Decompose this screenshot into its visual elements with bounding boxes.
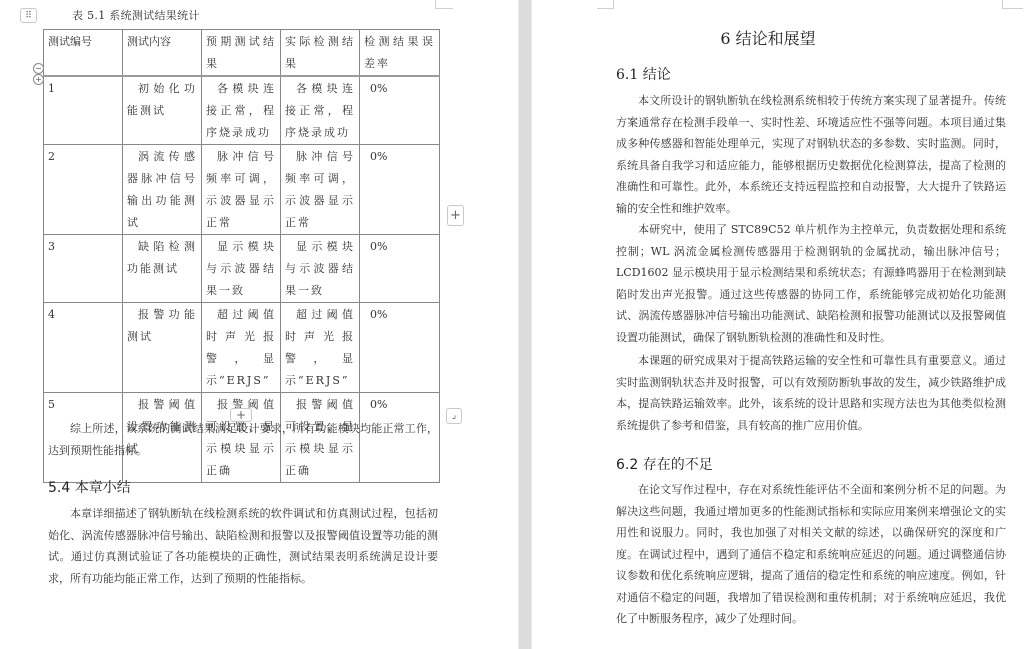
page-corner-mark	[1002, 0, 1023, 9]
header-cell[interactable]: 检测结果误差率	[360, 30, 440, 77]
section-heading-6-1: 6.1 结论	[616, 64, 671, 84]
shortcomings-paragraph: 在论文写作过程中，存在对系统性能评估不全面和案例分析不足的问题。为解决这些问题，…	[616, 479, 1006, 630]
table-cell[interactable]: 0%	[360, 235, 440, 303]
add-column-button[interactable]: +	[447, 205, 464, 226]
row-insert-button[interactable]: +	[33, 74, 44, 85]
table-cell[interactable]: 各模块连接正常，程序烧录成功	[281, 76, 360, 145]
chapter-title: 6 结论和展望	[532, 26, 1004, 49]
document-page-right: 6 结论和展望 6.1 结论 本文所设计的钢轨断轨在线检测系统相较于传统方案实现…	[532, 0, 1024, 649]
table-cell[interactable]: 4	[44, 303, 123, 393]
section-heading-6-2: 6.2 存在的不足	[616, 454, 713, 474]
section-heading-5-4: 5.4 本章小结	[48, 477, 131, 497]
row-collapse-button[interactable]: −	[33, 63, 44, 74]
header-cell[interactable]: 预期测试结果	[202, 30, 281, 77]
table-cell[interactable]: 脉冲信号频率可调，示波器显示正常	[202, 145, 281, 235]
table-cell[interactable]: 1	[44, 76, 123, 145]
table-cell[interactable]: 显示模块与示波器结果一致	[202, 235, 281, 303]
table-caption: 表 5.1 系统测试结果统计	[72, 7, 200, 23]
table-row: 3 缺陷检测功能测试 显示模块与示波器结果一致 显示模块与示波器结果一致 0%	[44, 235, 440, 303]
table-cell[interactable]: 显示模块与示波器结果一致	[281, 235, 360, 303]
table-cell[interactable]: 2	[44, 145, 123, 235]
table-cell[interactable]: 脉冲信号频率可调，示波器显示正常	[281, 145, 360, 235]
table-cell[interactable]: 0%	[360, 145, 440, 235]
header-cell[interactable]: 测试编号	[44, 30, 123, 77]
table-resize-handle[interactable]: ⌟	[446, 408, 462, 424]
table-cell[interactable]: 0%	[360, 303, 440, 393]
header-cell[interactable]: 实际检测结果	[281, 30, 360, 77]
table-cell[interactable]: 超过阈值时声光报警，显示“ERJS”	[281, 303, 360, 393]
table-cell[interactable]: 报警功能测试	[123, 303, 202, 393]
table-cell[interactable]: 3	[44, 235, 123, 303]
table-row: 2 涡流传感器脉冲信号输出功能测试 脉冲信号频率可调，示波器显示正常 脉冲信号频…	[44, 145, 440, 235]
table-row: 1 初始化功能测试 各模块连接正常，程序烧录成功 各模块连接正常，程序烧录成功 …	[44, 76, 440, 145]
table-cell[interactable]: 涡流传感器脉冲信号输出功能测试	[123, 145, 202, 235]
table-cell[interactable]: 超过阈值时声光报警，显示“ERJS”	[202, 303, 281, 393]
table-cell[interactable]: 缺陷检测功能测试	[123, 235, 202, 303]
summary-paragraph: 综上所述，该系统的测试结果满足设计要求，所有功能模块均能正常工作，达到预期性能指…	[48, 418, 438, 461]
table-move-handle[interactable]: ⠿	[20, 8, 37, 23]
page-corner-mark	[435, 0, 453, 9]
page-gutter	[518, 0, 532, 649]
page-corner-mark	[597, 0, 614, 9]
table-cell[interactable]: 初始化功能测试	[123, 76, 202, 145]
header-cell[interactable]: 测试内容	[123, 30, 202, 77]
conclusion-paragraph-2: 本研究中，使用了 STC89C52 单片机作为主控单元，负责数据处理和系统控制；…	[616, 219, 1006, 348]
table-row: 4 报警功能测试 超过阈值时声光报警，显示“ERJS” 超过阈值时声光报警，显示…	[44, 303, 440, 393]
chapter-summary-paragraph: 本章详细描述了钢轨断轨在线检测系统的软件调试和仿真测试过程，包括初始化、涡流传感…	[48, 503, 438, 589]
table-cell[interactable]: 0%	[360, 76, 440, 145]
conclusion-paragraph-1: 本文所设计的钢轨断轨在线检测系统相较于传统方案实现了显著提升。传统方案通常存在检…	[616, 90, 1006, 219]
conclusion-paragraph-3: 本课题的研究成果对于提高铁路运输的安全性和可靠性具有重要意义。通过实时监测钢轨状…	[616, 350, 1006, 436]
table-cell[interactable]: 各模块连接正常，程序烧录成功	[202, 76, 281, 145]
document-page-left: ⠿ 表 5.1 系统测试结果统计 测试编号 测试内容 预期测试结果 实际检测结果…	[0, 0, 518, 649]
table-header-row: 测试编号 测试内容 预期测试结果 实际检测结果 检测结果误差率	[44, 30, 440, 77]
